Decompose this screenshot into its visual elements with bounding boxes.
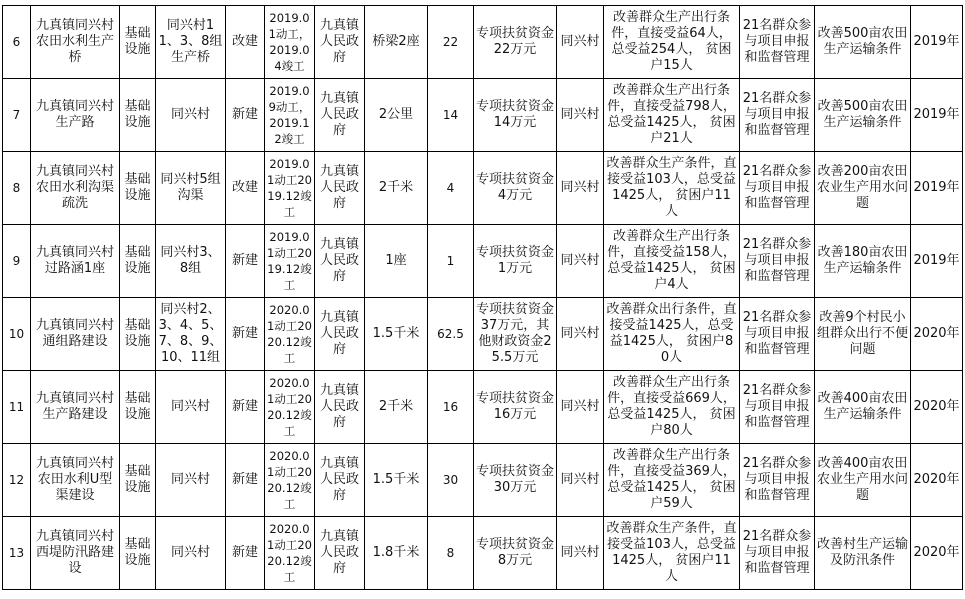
cell-benefit: 改善群众生产出行条件，直接受益669人，总受益1425人， 贫困户80人: [604, 371, 740, 444]
cell-participation: 21名群众参与项目申报和监督管理: [740, 444, 815, 517]
table-body: 6 九真镇同兴村农田水利生产桥 基础设施 同兴村11、3、8组生产桥 改建 20…: [3, 6, 963, 590]
cell-beneficiary-village: 同兴村: [557, 444, 604, 517]
cell-project-name: 九真镇同兴村农田水利U型渠建设: [31, 444, 120, 517]
cell-period: 2019.01动工，2019.04竣工: [265, 6, 315, 79]
cell-goal: 改善200亩农田农业生产用水问题: [815, 152, 911, 225]
cell-investment: 1: [428, 225, 474, 298]
cell-scale: 1.8千米: [365, 517, 428, 590]
cell-type: 基础设施: [120, 298, 156, 371]
cell-participation: 21名群众参与项目申报和监督管理: [740, 517, 815, 590]
cell-owner: 九真镇人民政府: [315, 152, 365, 225]
cell-participation: 21名群众参与项目申报和监督管理: [740, 298, 815, 371]
cell-owner: 九真镇人民政府: [315, 298, 365, 371]
cell-beneficiary-village: 同兴村: [557, 225, 604, 298]
cell-period: 2020.01动工2020.12竣工: [265, 444, 315, 517]
table-row: 10 九真镇同兴村通组路建设 基础设施 同兴村2、3、4、5、7、8、9、10、…: [3, 298, 963, 371]
cell-fund-source: 专项扶贫资金14万元: [474, 79, 557, 152]
table-row: 6 九真镇同兴村农田水利生产桥 基础设施 同兴村11、3、8组生产桥 改建 20…: [3, 6, 963, 79]
cell-goal: 改善500亩农田生产运输条件: [815, 6, 911, 79]
cell-participation: 21名群众参与项目申报和监督管理: [740, 225, 815, 298]
cell-benefit: 改善群众生产出行条件，直接受益64人，总受益254人， 贫困户15人: [604, 6, 740, 79]
cell-benefit: 改善群众生产出行条件，直接受益798人，总受益1425人， 贫困户21人: [604, 79, 740, 152]
cell-type: 基础设施: [120, 6, 156, 79]
cell-goal: 改善400亩农田农业生产用水问题: [815, 444, 911, 517]
cell-goal: 改善500亩农田生产运输条件: [815, 79, 911, 152]
cell-investment: 4: [428, 152, 474, 225]
cell-investment: 22: [428, 6, 474, 79]
cell-scale: 1.5千米: [365, 298, 428, 371]
cell-participation: 21名群众参与项目申报和监督管理: [740, 371, 815, 444]
cell-no: 7: [3, 79, 31, 152]
cell-nature: 新建: [226, 371, 265, 444]
cell-type: 基础设施: [120, 444, 156, 517]
cell-location: 同兴村: [156, 79, 226, 152]
table-row: 7 九真镇同兴村生产路 基础设施 同兴村 新建 2019.09动工，2019.1…: [3, 79, 963, 152]
cell-fund-source: 专项扶贫资金30万元: [474, 444, 557, 517]
cell-owner: 九真镇人民政府: [315, 517, 365, 590]
cell-goal: 改善村生产运输及防汛条件: [815, 517, 911, 590]
cell-no: 10: [3, 298, 31, 371]
cell-fund-source: 专项扶贫资金16万元: [474, 371, 557, 444]
cell-investment: 8: [428, 517, 474, 590]
cell-year: 2020年: [911, 517, 963, 590]
cell-project-name: 九真镇同兴村生产路: [31, 79, 120, 152]
cell-fund-source: 专项扶贫资金4万元: [474, 152, 557, 225]
cell-participation: 21名群众参与项目申报和监督管理: [740, 79, 815, 152]
cell-owner: 九真镇人民政府: [315, 225, 365, 298]
cell-nature: 新建: [226, 79, 265, 152]
cell-year: 2019年: [911, 152, 963, 225]
cell-investment: 14: [428, 79, 474, 152]
cell-beneficiary-village: 同兴村: [557, 6, 604, 79]
cell-owner: 九真镇人民政府: [315, 444, 365, 517]
cell-benefit: 改善群众生产条件，直接受益103人，总受益1425人， 贫困户11人: [604, 152, 740, 225]
cell-year: 2020年: [911, 298, 963, 371]
cell-year: 2020年: [911, 371, 963, 444]
project-table: 6 九真镇同兴村农田水利生产桥 基础设施 同兴村11、3、8组生产桥 改建 20…: [2, 5, 963, 590]
cell-scale: 2千米: [365, 152, 428, 225]
cell-project-name: 九真镇同兴村生产路建设: [31, 371, 120, 444]
cell-fund-source: 专项扶贫资金1万元: [474, 225, 557, 298]
cell-goal: 改善9个村民小组群众出行不便问题: [815, 298, 911, 371]
cell-scale: 桥梁2座: [365, 6, 428, 79]
cell-scale: 1.5千米: [365, 444, 428, 517]
cell-project-name: 九真镇同兴村通组路建设: [31, 298, 120, 371]
cell-period: 2019.09动工，2019.12竣工: [265, 79, 315, 152]
cell-no: 6: [3, 6, 31, 79]
cell-period: 2019.01动工2019.12竣工: [265, 152, 315, 225]
cell-type: 基础设施: [120, 371, 156, 444]
cell-fund-source: 专项扶贫资金8万元: [474, 517, 557, 590]
cell-no: 8: [3, 152, 31, 225]
cell-investment: 30: [428, 444, 474, 517]
cell-nature: 新建: [226, 298, 265, 371]
table-row: 13 九真镇同兴村西堤防汛路建设 基础设施 同兴村 新建 2020.01动工20…: [3, 517, 963, 590]
cell-owner: 九真镇人民政府: [315, 79, 365, 152]
cell-nature: 新建: [226, 517, 265, 590]
cell-no: 13: [3, 517, 31, 590]
cell-participation: 21名群众参与项目申报和监督管理: [740, 152, 815, 225]
cell-owner: 九真镇人民政府: [315, 6, 365, 79]
cell-owner: 九真镇人民政府: [315, 371, 365, 444]
cell-fund-source: 专项扶贫资金37万元，其他财政资金25.5万元: [474, 298, 557, 371]
cell-goal: 改善400亩农田生产运输条件: [815, 371, 911, 444]
cell-project-name: 九真镇同兴村农田水利沟渠疏洗: [31, 152, 120, 225]
cell-project-name: 九真镇同兴村农田水利生产桥: [31, 6, 120, 79]
cell-beneficiary-village: 同兴村: [557, 298, 604, 371]
cell-year: 2019年: [911, 79, 963, 152]
cell-type: 基础设施: [120, 152, 156, 225]
cell-beneficiary-village: 同兴村: [557, 79, 604, 152]
cell-beneficiary-village: 同兴村: [557, 152, 604, 225]
cell-type: 基础设施: [120, 517, 156, 590]
cell-location: 同兴村5组沟渠: [156, 152, 226, 225]
table-row: 9 九真镇同兴村过路涵1座 基础设施 同兴村3、8组 新建 2019.01动工2…: [3, 225, 963, 298]
cell-type: 基础设施: [120, 79, 156, 152]
cell-nature: 新建: [226, 444, 265, 517]
cell-period: 2020.01动工2020.12竣工: [265, 298, 315, 371]
cell-no: 9: [3, 225, 31, 298]
cell-location: 同兴村11、3、8组生产桥: [156, 6, 226, 79]
cell-project-name: 九真镇同兴村西堤防汛路建设: [31, 517, 120, 590]
cell-project-name: 九真镇同兴村过路涵1座: [31, 225, 120, 298]
cell-nature: 改建: [226, 6, 265, 79]
cell-period: 2019.01动工2019.12竣工: [265, 225, 315, 298]
cell-benefit: 改善群众生产条件，直接受益103人，总受益1425人， 贫困户11人: [604, 517, 740, 590]
cell-fund-source: 专项扶贫资金22万元: [474, 6, 557, 79]
cell-period: 2020.01动工2020.12竣工: [265, 371, 315, 444]
cell-beneficiary-village: 同兴村: [557, 517, 604, 590]
cell-investment: 16: [428, 371, 474, 444]
cell-year: 2019年: [911, 225, 963, 298]
cell-location: 同兴村3、8组: [156, 225, 226, 298]
cell-nature: 新建: [226, 225, 265, 298]
cell-participation: 21名群众参与项目申报和监督管理: [740, 6, 815, 79]
cell-no: 12: [3, 444, 31, 517]
cell-type: 基础设施: [120, 225, 156, 298]
cell-period: 2020.01动工2020.12竣工: [265, 517, 315, 590]
table-row: 12 九真镇同兴村农田水利U型渠建设 基础设施 同兴村 新建 2020.01动工…: [3, 444, 963, 517]
cell-location: 同兴村: [156, 371, 226, 444]
cell-beneficiary-village: 同兴村: [557, 371, 604, 444]
cell-location: 同兴村2、3、4、5、7、8、9、10、11组: [156, 298, 226, 371]
cell-year: 2020年: [911, 444, 963, 517]
cell-nature: 改建: [226, 152, 265, 225]
cell-scale: 2千米: [365, 371, 428, 444]
cell-investment: 62.5: [428, 298, 474, 371]
cell-year: 2019年: [911, 6, 963, 79]
cell-benefit: 改善群众生产出行条件，直接受益369人，总受益1425人， 贫困户59人: [604, 444, 740, 517]
cell-benefit: 改善群众生产出行条件，直接受益158人，总受益1425人， 贫困户4人: [604, 225, 740, 298]
table-row: 11 九真镇同兴村生产路建设 基础设施 同兴村 新建 2020.01动工2020…: [3, 371, 963, 444]
cell-scale: 1座: [365, 225, 428, 298]
cell-scale: 2公里: [365, 79, 428, 152]
cell-benefit: 改善群众出行条件，直接受益1425人，总受益1425人， 贫困户80人: [604, 298, 740, 371]
cell-location: 同兴村: [156, 444, 226, 517]
cell-no: 11: [3, 371, 31, 444]
cell-goal: 改善180亩农田生产运输条件: [815, 225, 911, 298]
cell-location: 同兴村: [156, 517, 226, 590]
table-row: 8 九真镇同兴村农田水利沟渠疏洗 基础设施 同兴村5组沟渠 改建 2019.01…: [3, 152, 963, 225]
